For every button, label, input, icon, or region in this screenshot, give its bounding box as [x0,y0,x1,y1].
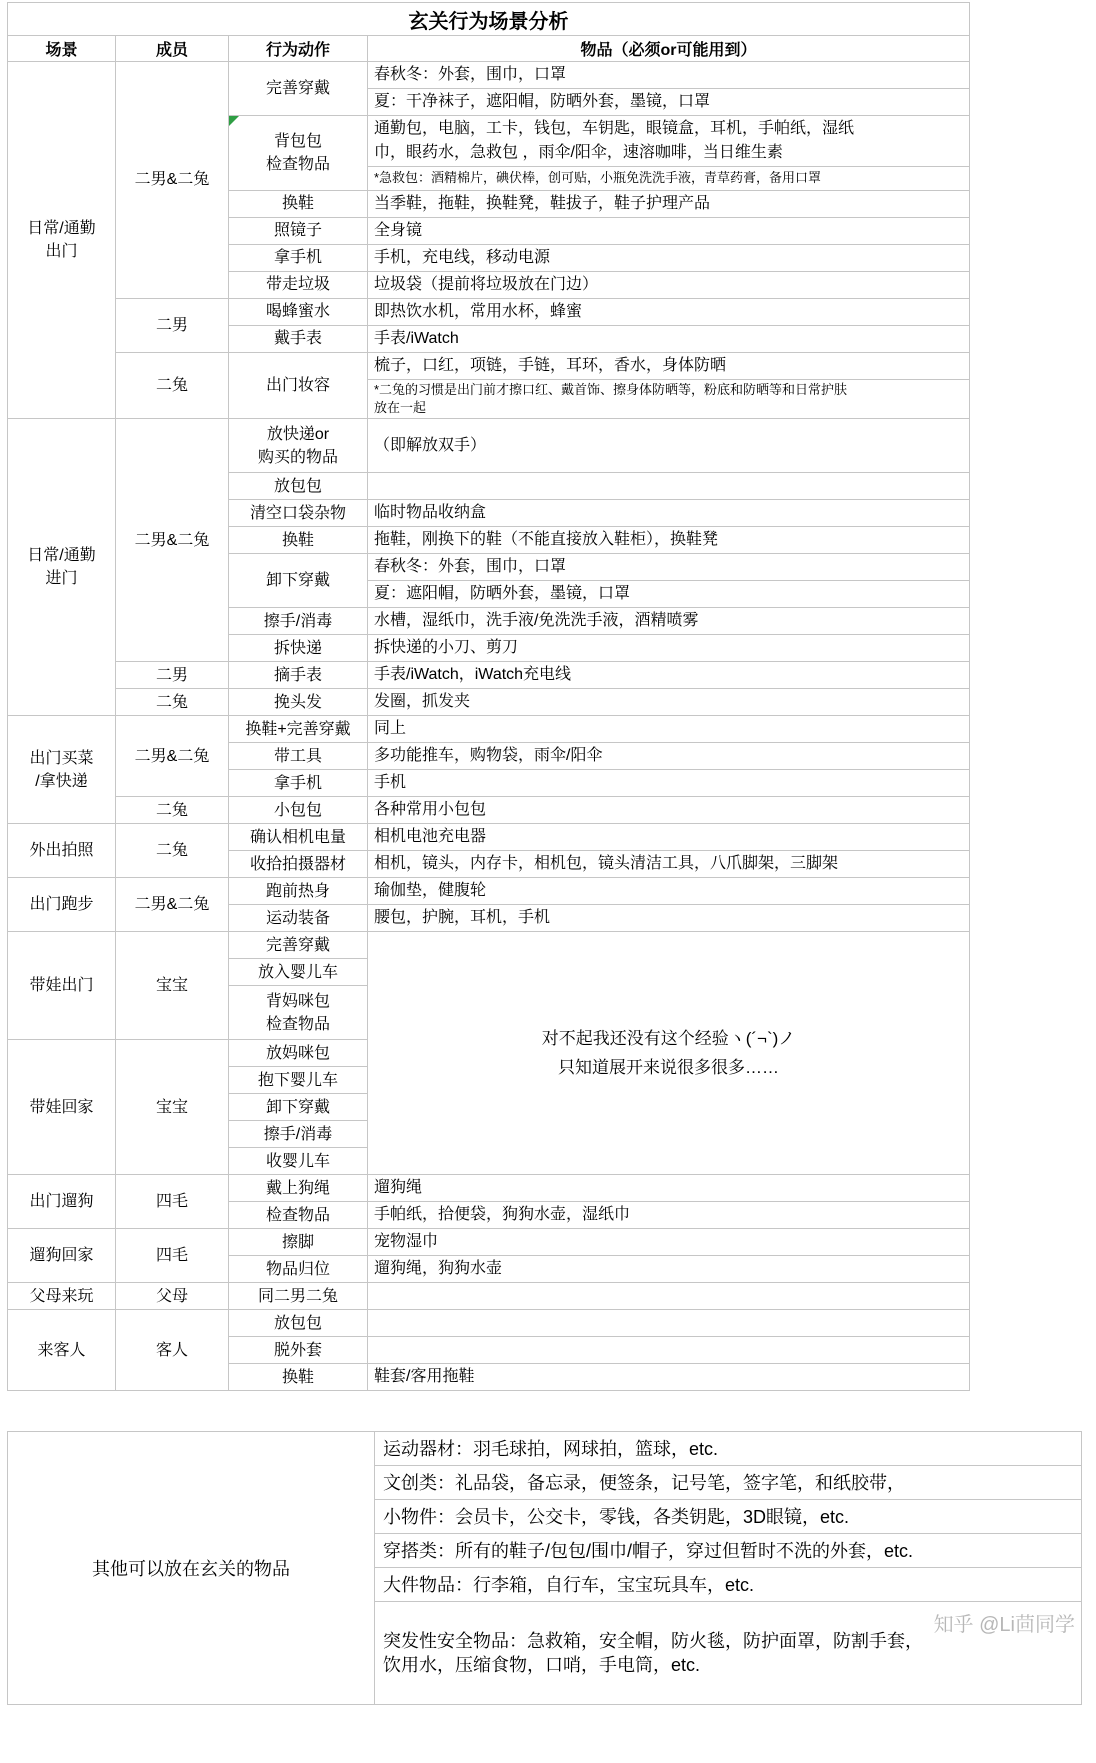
table-row: 遛狗回家 四毛 擦脚 宠物湿巾 [8,1229,970,1256]
items-cell: 垃圾袋（提前将垃圾放在门边） [368,272,970,299]
action-cell: 换鞋 [229,527,368,554]
action-cell: 戴上狗绳 [229,1175,368,1202]
items-cell: 手机 [368,770,970,797]
member-cell: 宝宝 [116,932,229,1040]
member-cell: 客人 [116,1310,229,1391]
items-cell: 相机，镜头，内存卡，相机包，镜头清洁工具，八爪脚架，三脚架 [368,851,970,878]
scene-cell: 父母来玩 [8,1283,116,1310]
action-cell: 摘手表 [229,662,368,689]
table-row: 二男 摘手表 手表/iWatch，iWatch充电线 [8,662,970,689]
others-label-cell: 其他可以放在玄关的物品 [8,1432,375,1704]
items-cell [368,1283,970,1310]
items-cell: 夏：干净袜子，遮阳帽，防晒外套，墨镜，口罩 [368,89,970,116]
member-cell: 二兔 [116,797,229,824]
scene-cell: 外出拍照 [8,824,116,878]
action-cell: 擦手/消毒 [229,1121,368,1148]
others-items-text: 突发性安全物品：急救箱，安全帽，防火毯，防护面罩，防割手套， 饮用水，压缩食物，… [383,1631,923,1675]
action-cell: 放包包 [229,473,368,500]
table-row: 日常/通勤 出门 二男&二兔 完善穿戴 春秋冬：外套，围巾，口罩 [8,62,970,89]
entryway-behavior-table: 玄关行为场景分析 场景 成员 行为动作 物品（必须or可能用到） 日常/通勤 出… [7,2,970,1391]
action-cell: 检查物品 [229,1202,368,1229]
others-items-cell: 文创类：礼品袋，备忘录，便签条，记号笔，签字笔，和纸胶带， [375,1466,1082,1500]
table-row: 外出拍照 二兔 确认相机电量 相机电池充电器 [8,824,970,851]
member-cell: 四毛 [116,1175,229,1229]
action-cell: 卸下穿戴 [229,554,368,608]
scene-cell: 出门买菜 /拿快递 [8,716,116,824]
table-row: 出门跑步 二男&二兔 跑前热身 瑜伽垫，健腹轮 [8,878,970,905]
member-cell: 二男&二兔 [116,878,229,932]
table-row: 二兔 小包包 各种常用小包包 [8,797,970,824]
column-header-member: 成员 [116,36,229,62]
items-cell: 夏：遮阳帽，防晒外套，墨镜，口罩 [368,581,970,608]
items-cell: 发圈，抓发夹 [368,689,970,716]
scene-cell: 来客人 [8,1310,116,1391]
items-cell: 各种常用小包包 [368,797,970,824]
items-cell: 即热饮水机，常用水杯，蜂蜜 [368,299,970,326]
items-cell [368,1310,970,1337]
items-cell: 瑜伽垫，健腹轮 [368,878,970,905]
action-cell: 物品归位 [229,1256,368,1283]
note-cell: *急救包：酒精棉片，碘伏棒，创可贴，小瓶免洗洗手液，青草药膏，备用口罩 [368,167,970,191]
items-cell: 梳子，口红，项链，手链，耳环，香水，身体防晒 [368,353,970,380]
table-row: 日常/通勤 进门 二男&二兔 放快递or 购买的物品 （即解放双手） [8,419,970,473]
items-cell: 相机电池充电器 [368,824,970,851]
header-row: 场景 成员 行为动作 物品（必须or可能用到） [8,36,970,62]
action-cell: 擦手/消毒 [229,608,368,635]
baby-note-cell: 对不起我还没有这个经验ヽ(´¬`)ノ 只知道展开来说很多很多…… [368,932,970,1175]
action-cell: 运动装备 [229,905,368,932]
items-cell: （即解放双手） [368,419,970,473]
items-cell: 当季鞋，拖鞋，换鞋凳，鞋拔子，鞋子护理产品 [368,191,970,218]
member-cell: 二男 [116,662,229,689]
column-header-items: 物品（必须or可能用到） [368,36,970,62]
other-items-table: 其他可以放在玄关的物品 运动器材：羽毛球拍，网球拍，篮球，etc. 文创类：礼品… [7,1431,1082,1704]
member-cell: 二男&二兔 [116,419,229,662]
table-row: 出门买菜 /拿快递 二男&二兔 换鞋+完善穿戴 同上 [8,716,970,743]
action-cell: 放包包 [229,1310,368,1337]
action-cell: 照镜子 [229,218,368,245]
items-cell: 通勤包，电脑，工卡，钱包，车钥匙，眼镜盒，耳机，手帕纸，湿纸 巾，眼药水，急救包… [368,116,970,167]
action-cell: 挽头发 [229,689,368,716]
action-cell: 换鞋+完善穿戴 [229,716,368,743]
action-cell: 擦脚 [229,1229,368,1256]
action-cell: 完善穿戴 [229,62,368,116]
scene-cell: 带娃回家 [8,1040,116,1175]
table-row: 二兔 挽头发 发圈，抓发夹 [8,689,970,716]
scene-cell: 日常/通勤 进门 [8,419,116,716]
action-cell: 脱外套 [229,1337,368,1364]
page-title: 玄关行为场景分析 [8,3,970,36]
action-cell: 出门妆容 [229,353,368,419]
member-cell: 二兔 [116,689,229,716]
member-cell: 父母 [116,1283,229,1310]
scene-cell: 带娃出门 [8,932,116,1040]
items-cell: 春秋冬：外套，围巾，口罩 [368,62,970,89]
action-cell: 放快递or 购买的物品 [229,419,368,473]
items-cell: 手帕纸，拾便袋，狗狗水壶，湿纸巾 [368,1202,970,1229]
action-cell: 换鞋 [229,1364,368,1391]
items-cell: 手机，充电线，移动电源 [368,245,970,272]
action-cell: 喝蜂蜜水 [229,299,368,326]
table-row: 父母来玩 父母 同二男二兔 [8,1283,970,1310]
member-cell: 宝宝 [116,1040,229,1175]
table-row: 出门遛狗 四毛 戴上狗绳 遛狗绳 [8,1175,970,1202]
table-row: 带娃出门 宝宝 完善穿戴 对不起我还没有这个经验ヽ(´¬`)ノ 只知道展开来说很… [8,932,970,959]
action-cell: 戴手表 [229,326,368,353]
action-cell: 跑前热身 [229,878,368,905]
action-cell: 拆快递 [229,635,368,662]
items-cell: 同上 [368,716,970,743]
scene-cell: 出门遛狗 [8,1175,116,1229]
others-items-cell: 大件物品：行李箱，自行车，宝宝玩具车，etc. [375,1568,1082,1602]
member-cell: 二男 [116,299,229,353]
column-header-scene: 场景 [8,36,116,62]
items-cell: 拆快递的小刀、剪刀 [368,635,970,662]
action-cell: 拿手机 [229,245,368,272]
items-cell: 手表/iWatch [368,326,970,353]
action-label: 背包包 检查物品 [266,133,330,173]
member-cell: 二兔 [116,353,229,419]
action-cell: 完善穿戴 [229,932,368,959]
table-row: 其他可以放在玄关的物品 运动器材：羽毛球拍，网球拍，篮球，etc. [8,1432,1082,1466]
action-cell: 收拾拍摄器材 [229,851,368,878]
items-cell: 腰包，护腕，耳机，手机 [368,905,970,932]
scene-cell: 日常/通勤 出门 [8,62,116,419]
member-cell: 二男&二兔 [116,716,229,797]
action-cell: 确认相机电量 [229,824,368,851]
others-items-cell: 突发性安全物品：急救箱，安全帽，防火毯，防护面罩，防割手套， 饮用水，压缩食物，… [375,1602,1082,1704]
action-cell: 背妈咪包 检查物品 [229,986,368,1040]
action-cell: 拿手机 [229,770,368,797]
member-cell: 二男&二兔 [116,62,229,299]
items-cell: 全身镜 [368,218,970,245]
others-items-cell: 穿搭类：所有的鞋子/包包/围巾/帽子，穿过但暂时不洗的外套，etc. [375,1534,1082,1568]
scene-cell: 出门跑步 [8,878,116,932]
watermark: 知乎 @Li茴同学 [934,1612,1075,1639]
others-items-cell: 运动器材：羽毛球拍，网球拍，篮球，etc. [375,1432,1082,1466]
table-row: 二兔 出门妆容 梳子，口红，项链，手链，耳环，香水，身体防晒 [8,353,970,380]
items-cell: 临时物品收纳盒 [368,500,970,527]
column-header-action: 行为动作 [229,36,368,62]
note-cell: *二兔的习惯是出门前才擦口红、戴首饰、擦身体防晒等，粉底和防晒等和日常护肤 放在… [368,380,970,419]
scene-cell: 遛狗回家 [8,1229,116,1283]
items-cell: 春秋冬：外套，围巾，口罩 [368,554,970,581]
title-row: 玄关行为场景分析 [8,3,970,36]
action-cell: 放入婴儿车 [229,959,368,986]
member-cell: 四毛 [116,1229,229,1283]
items-cell: 手表/iWatch，iWatch充电线 [368,662,970,689]
items-cell: 遛狗绳 [368,1175,970,1202]
action-cell: 卸下穿戴 [229,1094,368,1121]
table-row: 来客人 客人 放包包 [8,1310,970,1337]
comment-marker-icon [229,116,239,126]
action-cell: 背包包 检查物品 [229,116,368,191]
member-cell: 二兔 [116,824,229,878]
items-cell [368,473,970,500]
action-cell: 清空口袋杂物 [229,500,368,527]
table-row: 二男 喝蜂蜜水 即热饮水机，常用水杯，蜂蜜 [8,299,970,326]
items-cell: 鞋套/客用拖鞋 [368,1364,970,1391]
action-cell: 带走垃圾 [229,272,368,299]
action-cell: 放妈咪包 [229,1040,368,1067]
action-cell: 小包包 [229,797,368,824]
action-cell: 抱下婴儿车 [229,1067,368,1094]
others-items-cell: 小物件：会员卡，公交卡，零钱，各类钥匙，3D眼镜，etc. [375,1500,1082,1534]
items-cell: 拖鞋，刚换下的鞋（不能直接放入鞋柜），换鞋凳 [368,527,970,554]
items-cell: 水槽，湿纸巾，洗手液/免洗洗手液，酒精喷雾 [368,608,970,635]
items-cell [368,1337,970,1364]
action-cell: 收婴儿车 [229,1148,368,1175]
items-cell: 多功能推车，购物袋，雨伞/阳伞 [368,743,970,770]
action-cell: 带工具 [229,743,368,770]
action-cell: 同二男二兔 [229,1283,368,1310]
items-cell: 宠物湿巾 [368,1229,970,1256]
items-cell: 遛狗绳，狗狗水壶 [368,1256,970,1283]
action-cell: 换鞋 [229,191,368,218]
